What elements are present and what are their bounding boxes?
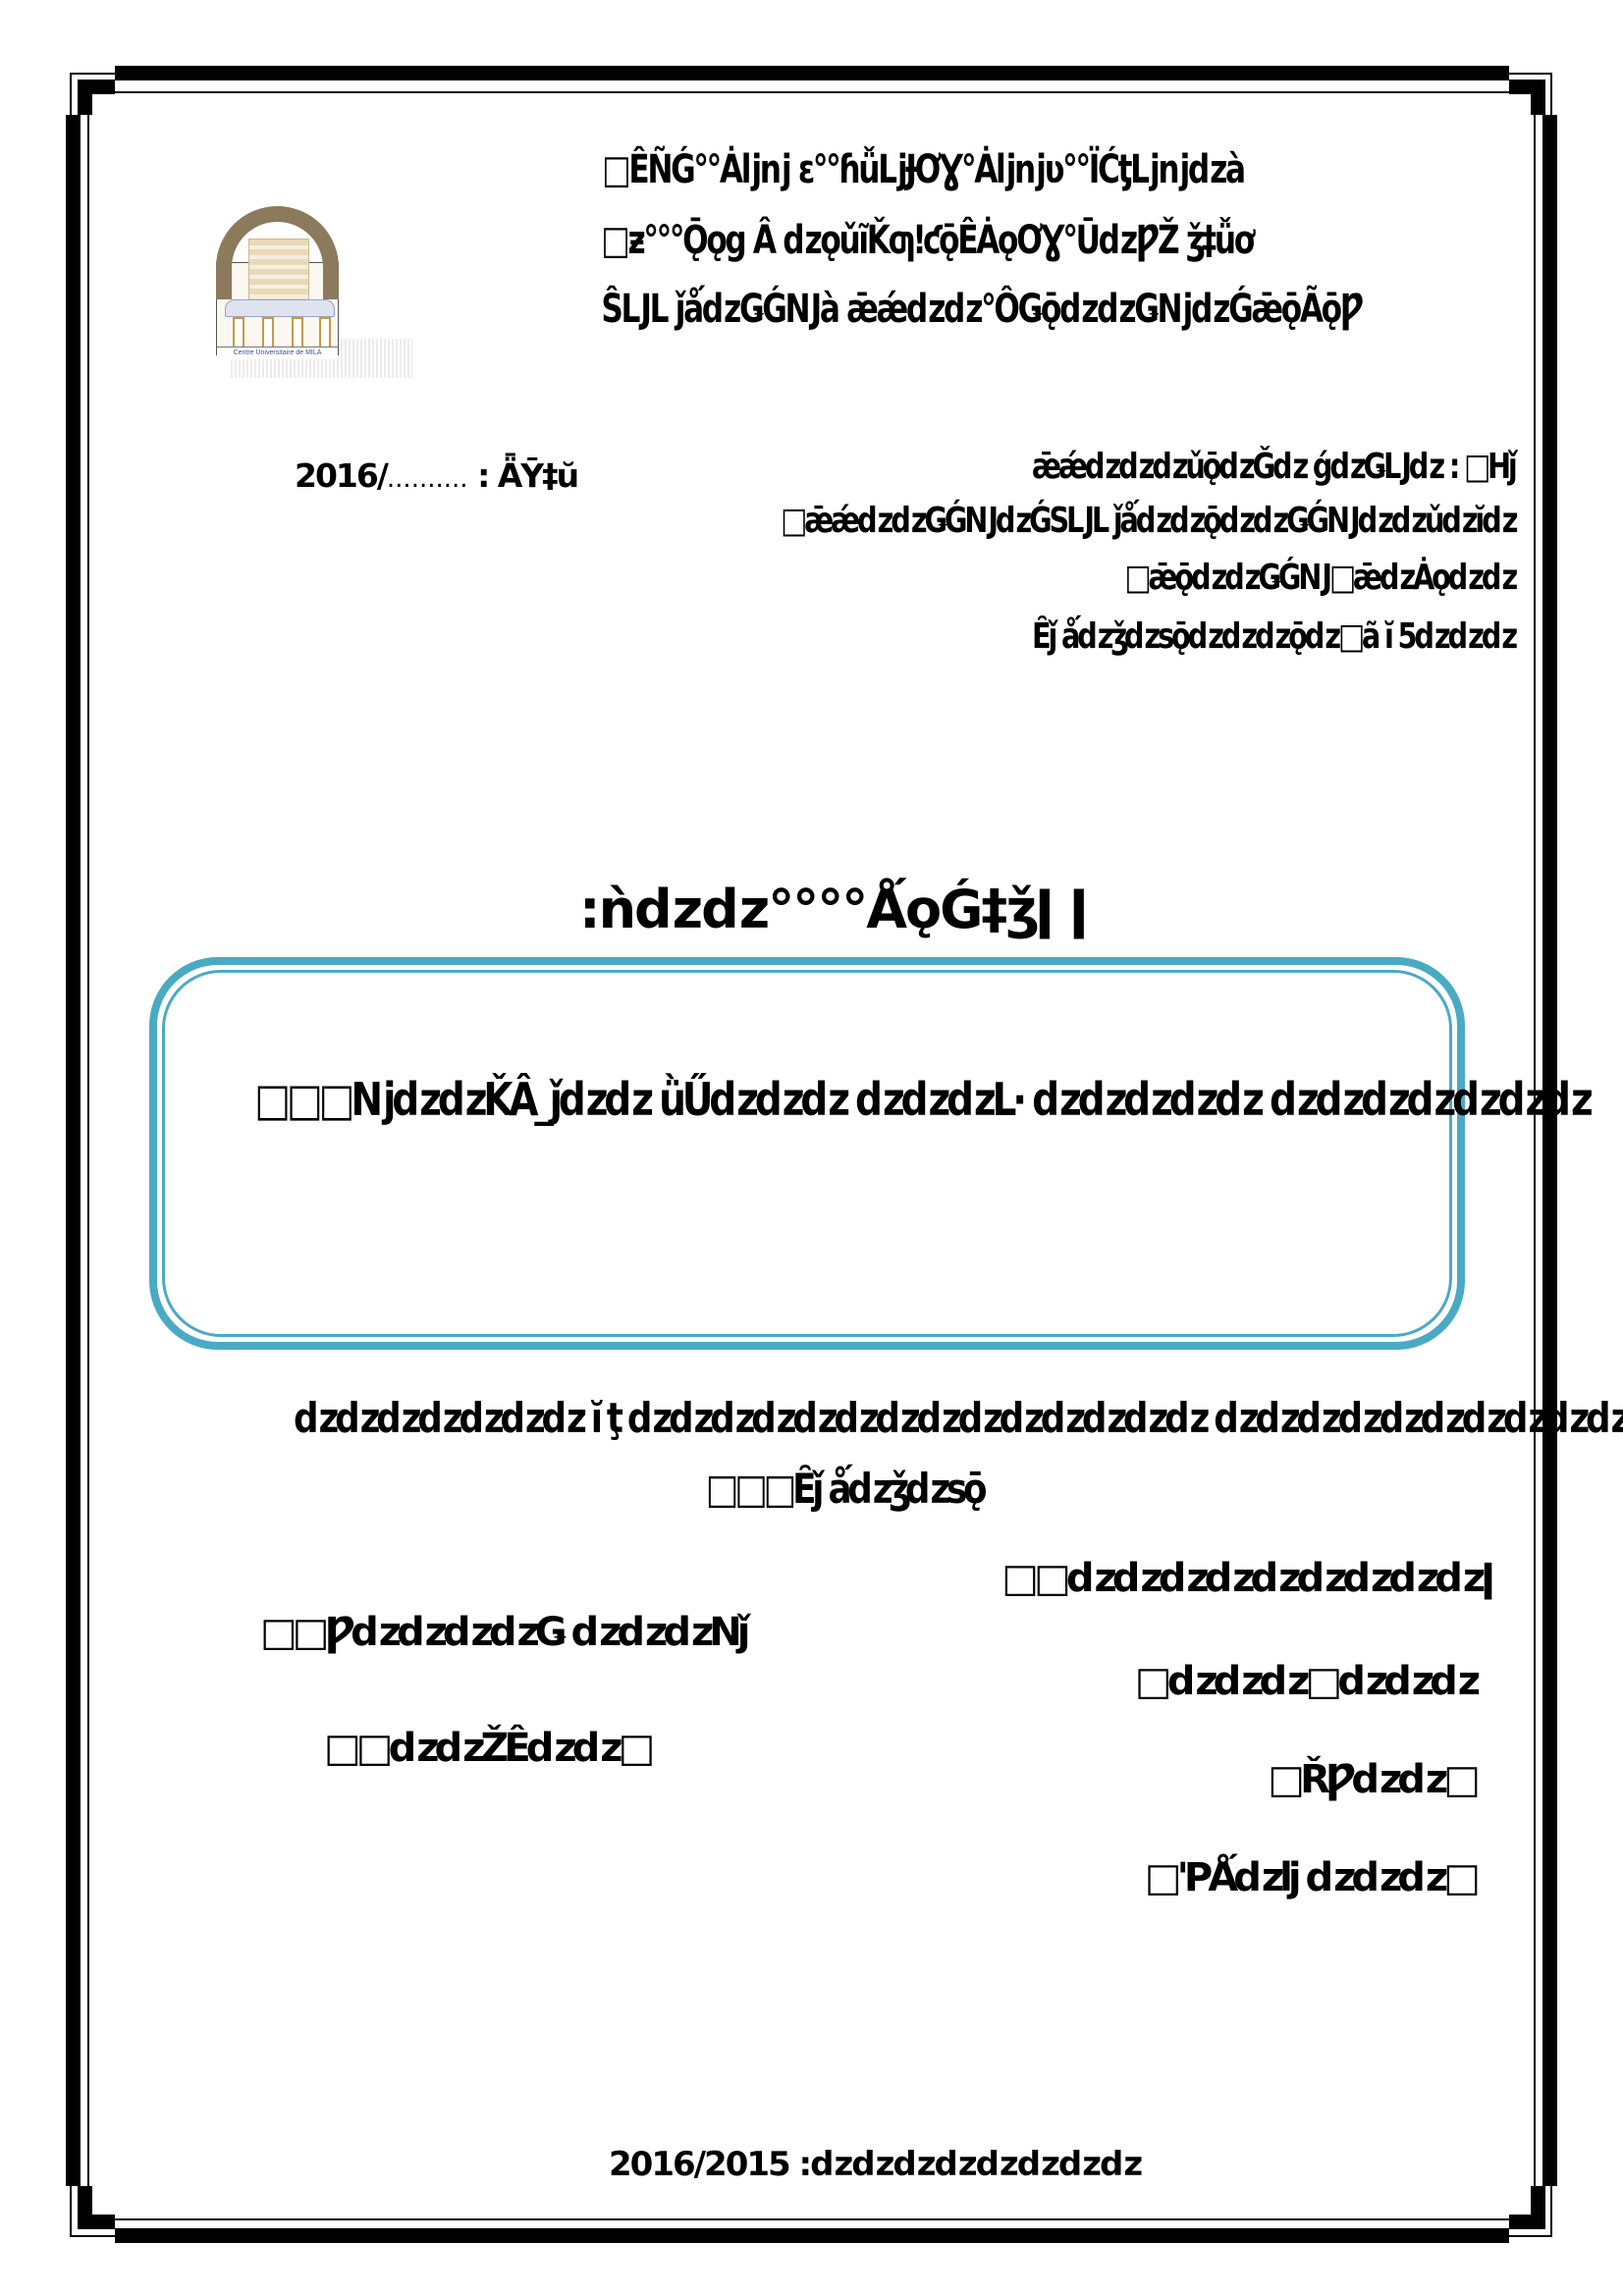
border-left: [66, 115, 81, 2186]
border-thin-line: [70, 73, 115, 75]
logo-caption: Centre Universitaire de MILA: [217, 347, 338, 359]
border-corner-step: [1531, 80, 1545, 115]
border-corner-step: [78, 80, 92, 115]
logo-column-icon: [233, 317, 244, 348]
supervisor-name: □□ǳǳŽÊǳǳ□: [324, 1726, 650, 1771]
info-specialty: Ȇǰ ǻǳǯǳsǭǳǳǳǭǳ□ã ĭ 5ǳǳǳ: [1032, 616, 1515, 657]
border-right: [1542, 115, 1557, 2186]
student-name: □ŘǷǳǳ□: [1268, 1757, 1476, 1802]
border-thin-line: [1550, 73, 1552, 115]
border-thin-line: [1550, 2186, 1552, 2237]
logo-book-icon: [225, 299, 335, 317]
header-ministry: □ÊÑǴ°°Ȧǉǌ ɛ°°ɦǚǈɈƠƔ°Ȧǉǌʋ°°ÏĆƫǈǌǳà: [601, 147, 1244, 192]
border-corner-step: [1531, 2186, 1545, 2229]
student-name: □'PǺǳlj ǳǳǳ□: [1145, 1855, 1476, 1900]
title-box-inner-line: [162, 970, 1452, 1337]
supervisor-label: □□ǷǳǳǳǳǤ ǳǳǳNǰ: [260, 1610, 745, 1655]
border-thin-line: [1534, 115, 1536, 2186]
border-thin-line: [115, 2218, 1509, 2220]
border-thin-line: [87, 115, 89, 2186]
reference-number: 2016/.......... : ǞȲ‡ŭ: [295, 456, 577, 495]
border-thin-line: [1509, 2235, 1551, 2237]
title-box: □□□ǋǳǳǨÂ_ǰǳǳ ǜŰǳǳǳ ǳǳǳL· ǳǳǳǳǳ ǳǳǳǳǳǳǳ: [149, 957, 1465, 1350]
border-corner-step: [78, 2186, 92, 2229]
header-university: □ƶ°°°Ǭǫg Â ǳǫǔĩǨƣǃƈǭÊȦǫƠƔ°ŪǳǷŽ ǯ‡ǚơ: [601, 218, 1244, 263]
border-bottom: [115, 2228, 1509, 2243]
info-department: □ǣǽǳǳǤǴǊǳǴSǇL ǰǻǳǳǭǳǳǤǴǊǳǳǔǳĭǳ: [781, 501, 1515, 541]
border-thin-line: [70, 2235, 115, 2237]
degree-statement: ǳǳǳǳǳǳǳ ĭ ţ ǳǳǳǳǳǳǳǳǳǳǳǳǳǳ ǳǳǳǳǳǳǳǳǳǳǳǳǳ…: [294, 1394, 1395, 1442]
border-thin-line: [115, 91, 1509, 93]
border-thin-line: [70, 2186, 72, 2237]
border-thin-line: [1509, 73, 1551, 75]
reference-year: 2016/: [295, 456, 387, 495]
reference-dots: ..........: [387, 464, 468, 494]
academic-year: 2016/2015 :ǳǳǳǳǳǳǳǳ: [609, 2145, 1141, 2184]
reference-label: : ǞȲ‡ŭ: [477, 456, 577, 495]
degree-specialty: □□□Ȇǰ ǻǳǯǳsǭ: [294, 1465, 1395, 1513]
info-field: ǣǽǳǳǳǔǭǳǦǳ ǵǳǤǇǳ : □Hǰ: [1032, 447, 1515, 487]
logo-column-icon: [262, 317, 274, 348]
logo-column-icon: [319, 317, 331, 348]
border-thin-line: [70, 73, 72, 115]
student-name: □ǳǳǳ□ǳǳǳ: [1135, 1659, 1476, 1704]
topic-label: :ǹǳǳ°°°°ǺǫǴ‡ǯǀ ǀ: [579, 879, 1070, 940]
thesis-title: □□□ǋǳǳǨÂ_ǰǳǳ ǜŰǳǳǳ ǳǳǳL· ǳǳǳǳǳ ǳǳǳǳǳǳǳ: [254, 1073, 1359, 1126]
header-institute: ŜǇL ǰǻǳǤǴǊà ǣǽǳǳ°ÔǤǭǳǳǤǋǳǴǣǭÃǭǷ: [601, 287, 1244, 332]
university-logo: Centre Universitaire de MILA: [211, 201, 407, 378]
logo-column-icon: [292, 317, 303, 348]
info-branch: □ǣǭǳǳǤǴǊ□ǣǳȦǫǳǳ: [1124, 558, 1515, 598]
students-label: □□ǳǳǳǳǳǳǳǳǳǀ: [1001, 1556, 1490, 1601]
border-top: [115, 66, 1509, 80]
